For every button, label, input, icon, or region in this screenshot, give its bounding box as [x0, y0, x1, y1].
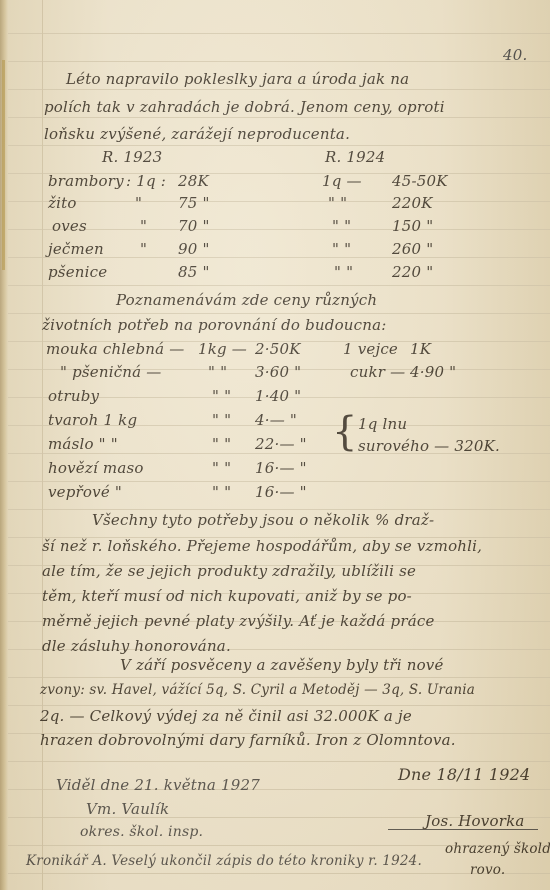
header-1924: R. 1924 [325, 148, 385, 166]
bells-line-2: zvony: sv. Havel, vážící 5q, S. Cyril a … [40, 682, 475, 698]
crop-price-1924: 150 " [392, 217, 433, 235]
commentary-line-4: těm, kteří musí od nich kupovati, aniž b… [42, 587, 412, 605]
crop-unit-1924: " " [332, 240, 351, 258]
goods-intro-line-1: Poznamenávám zde ceny různých [116, 291, 377, 309]
brace-note-line-1: 1q lnu [358, 415, 407, 433]
goods-unit: " " [212, 483, 231, 501]
chronicle-page: 40. Léto napravilo pokleslky jara a úrod… [0, 0, 550, 890]
brace-note-line-2: surového — 320K. [358, 437, 500, 455]
goods-item: hovězí maso [48, 459, 144, 477]
crop-unit-1924: " " [328, 194, 347, 212]
goods-item: otruby [48, 387, 99, 405]
margin-line [42, 0, 43, 890]
bells-line-4: hrazen dobrovolnými dary farníků. Iron z… [40, 731, 456, 749]
signature-name: Jos. Hovorka [425, 812, 525, 830]
intro-line-2: polích tak v zahradách je dobrá. Jenom c… [44, 98, 445, 116]
goods-extra-price: 4·90 " [410, 363, 456, 381]
goods-item: máslo " " [48, 435, 118, 453]
goods-extra-item: 1 vejce [343, 340, 398, 358]
crop-item: žito [48, 194, 77, 212]
commentary-line-3: ale tím, že se jejich produkty zdražily,… [42, 562, 416, 580]
goods-price: 16·— " [255, 459, 307, 477]
crop-item: oves [52, 217, 87, 235]
goods-price: 16·— " [255, 483, 307, 501]
goods-unit: " " [212, 459, 231, 477]
inspection-line-3: okres. škol. insp. [80, 824, 203, 840]
crop-price-1924: 220 " [392, 263, 433, 281]
crop-price-1923: 75 " [178, 194, 210, 212]
intro-line-3: loňsku zvýšené, zarážejí neproducenta. [44, 125, 350, 143]
commentary-line-1: Všechny tyto potřeby jsou o několik % dr… [92, 511, 434, 529]
crop-price-1924: 220K [392, 194, 433, 212]
goods-price: 3·60 " [255, 363, 301, 381]
inspection-line-2: Vm. Vaulík [86, 800, 169, 818]
goods-item: mouka chlebná — [46, 340, 184, 358]
commentary-line-5: měrně jejich pevné platy zvýšily. Ať je … [42, 612, 435, 630]
book-binding [0, 0, 8, 890]
signature-extra: rovo. [470, 862, 505, 878]
crop-item: pšenice [48, 263, 107, 281]
crop-price-1924: 45-50K [392, 172, 448, 190]
crop-unit-1924: 1q — [322, 172, 362, 190]
goods-unit: " " [208, 363, 227, 381]
header-1923: R. 1923 [102, 148, 162, 166]
goods-price: 2·50K [255, 340, 301, 358]
crop-unit-1923: " [140, 217, 147, 235]
goods-price: 1·40 " [255, 387, 301, 405]
inspection-line-1: Viděl dne 21. května 1927 [56, 776, 260, 794]
brace-symbol: { [332, 412, 357, 452]
goods-extra-price: 1K [410, 340, 431, 358]
goods-price: 22·— " [255, 435, 307, 453]
goods-intro-line-2: životních potřeb na porovnání do budoucn… [42, 316, 387, 334]
crop-item: ječmen [48, 240, 104, 258]
crop-price-1923: 28K [178, 172, 209, 190]
crop-price-1923: 70 " [178, 217, 210, 235]
crop-price-1924: 260 " [392, 240, 433, 258]
goods-unit: " " [212, 435, 231, 453]
crop-unit-1923: " [135, 194, 142, 212]
crop-unit-1923: : 1q : [126, 172, 166, 190]
goods-extra-item: cukr — [350, 363, 405, 381]
intro-line-1: Léto napravilo pokleslky jara a úroda ja… [66, 70, 409, 88]
goods-unit: 1kg — [198, 340, 247, 358]
bells-line-1: V září posvěceny a zavěšeny byly tři nov… [120, 656, 444, 674]
crop-price-1923: 85 " [178, 263, 210, 281]
goods-unit: " " [212, 411, 231, 429]
commentary-line-6: dle zásluhy honorována. [42, 637, 231, 655]
signature-title: ohrazený školdo [445, 841, 550, 857]
crop-unit-1923: " [140, 240, 147, 258]
goods-price: 4·— " [255, 411, 297, 429]
crop-item: brambory [48, 172, 124, 190]
crop-unit-1924: " " [332, 217, 351, 235]
crop-unit-1924: " " [334, 263, 353, 281]
signature-flourish [388, 829, 538, 830]
crop-price-1923: 90 " [178, 240, 210, 258]
page-number: 40. [503, 46, 527, 64]
goods-item: " pšeničná — [60, 363, 161, 381]
commentary-line-2: ší než r. loňského. Přejeme hospodářům, … [42, 537, 482, 555]
signature-date: Dne 18/11 1924 [398, 765, 530, 784]
binding-thread [2, 60, 5, 270]
footer-note: Kronikář A. Veselý ukončil zápis do této… [26, 853, 422, 869]
bells-line-3: 2q. — Celkový výdej za ně činil asi 32.0… [40, 707, 412, 725]
goods-item: vepřové " [48, 483, 122, 501]
goods-item: tvaroh 1 kg [48, 411, 137, 429]
goods-unit: " " [212, 387, 231, 405]
